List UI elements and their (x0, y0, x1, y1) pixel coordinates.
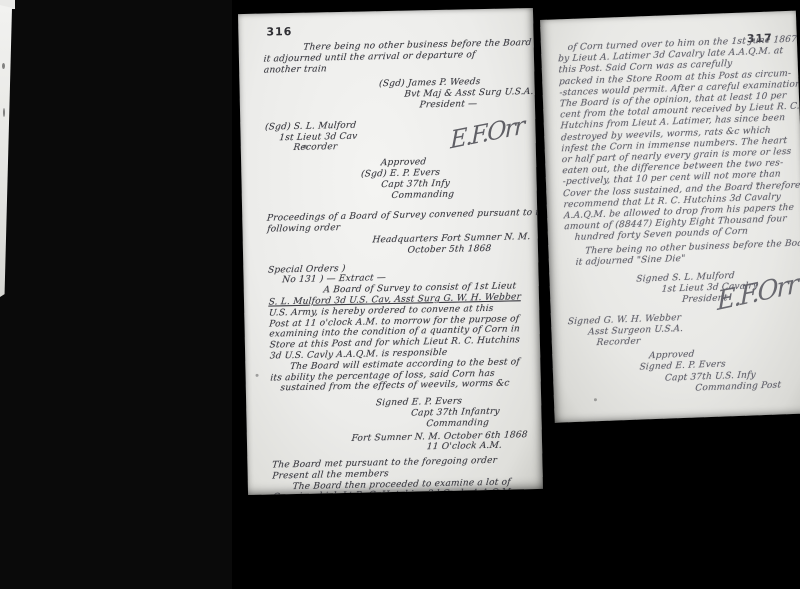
page-edge-mark (2, 63, 5, 69)
manuscript-line: Commanding (391, 188, 530, 202)
film-left-band (0, 0, 232, 589)
page-edge-mark (3, 108, 5, 117)
page-316: 316 E.F.Orr There being no other busines… (238, 8, 543, 495)
manuscript-line: October 5th 1868 (407, 243, 531, 256)
page-317: 317 E.F.Orr of Corn turned over to him o… (540, 11, 800, 423)
manuscript-text-block: There being no other business before the… (238, 8, 543, 495)
manuscript-line: President — (419, 98, 528, 111)
manuscript-line: 11 O'clock A.M. (426, 440, 535, 453)
manuscript-text-block: of Corn turned over to him on the 1st Ju… (540, 11, 800, 406)
manuscript-line: Commanding (426, 417, 535, 430)
microfilm-scan: 316 E.F.Orr There being no other busines… (0, 0, 800, 589)
manuscript-line: President (682, 291, 800, 307)
